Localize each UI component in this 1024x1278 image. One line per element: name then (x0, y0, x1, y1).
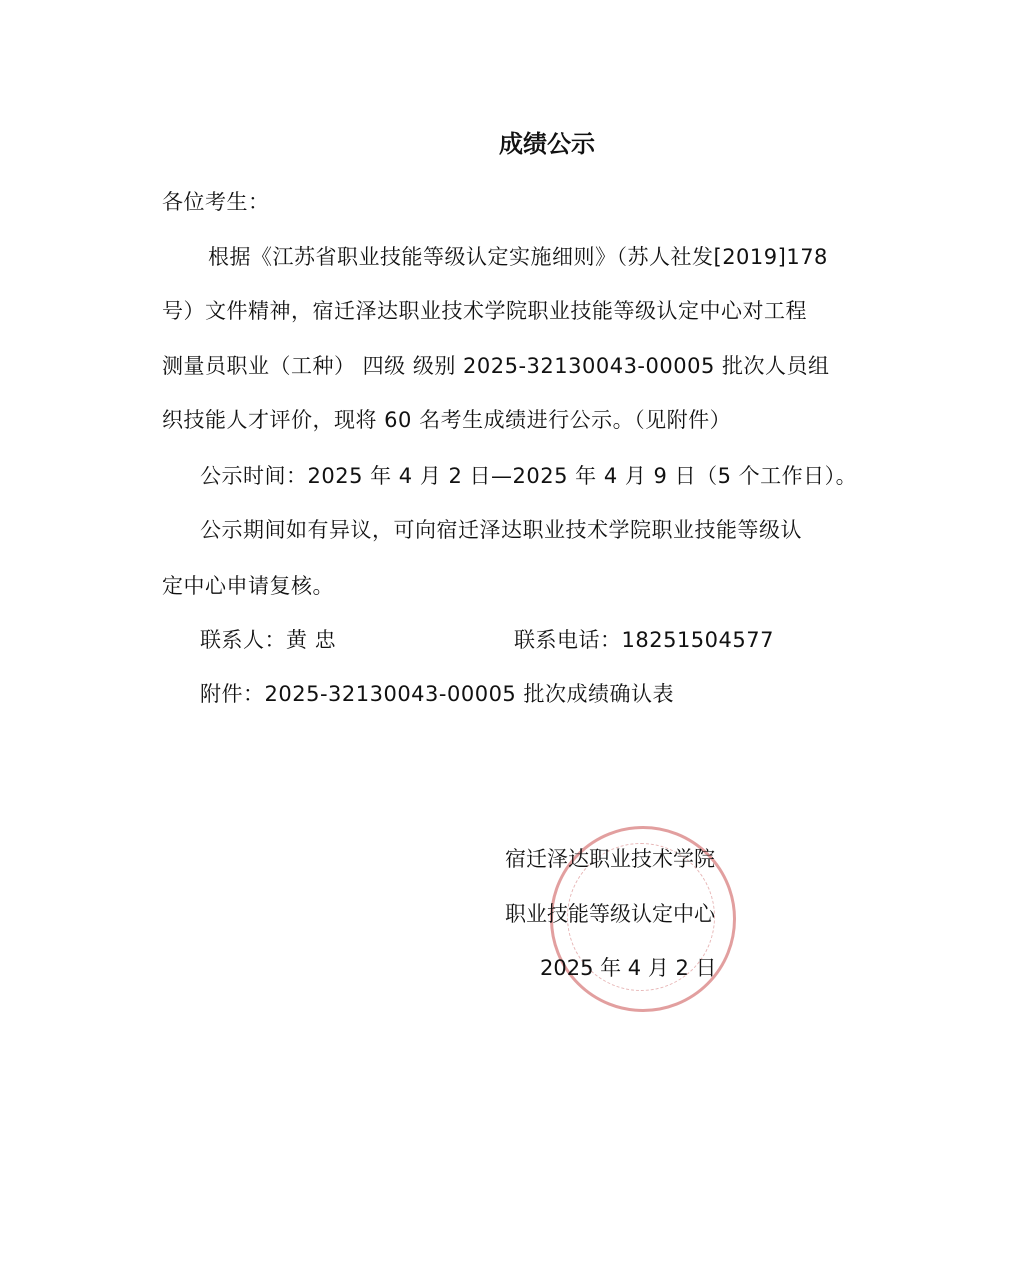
paragraph-line: 织技能人才评价，现将 60 名考生成绩进行公示。（见附件） (162, 404, 731, 434)
attachment-reference: 附件：2025-32130043-00005 批次成绩确认表 (200, 678, 674, 708)
signature-org-line1: 宿迁泽达职业技术学院 (505, 843, 715, 873)
page-title: 成绩公示 (0, 124, 1024, 159)
objection-line: 公示期间如有异议，可向宿迁泽达职业技术学院职业技能等级认 (200, 514, 802, 544)
contact-phone: 联系电话：18251504577 (514, 624, 774, 654)
signature-date: 2025 年 4 月 2 日 (540, 952, 717, 982)
objection-line: 定中心申请复核。 (162, 570, 334, 600)
signature-org-line2: 职业技能等级认定中心 (505, 898, 715, 928)
salutation: 各位考生： (162, 186, 270, 216)
paragraph-line: 测量员职业（工种） 四级 级别 2025-32130043-00005 批次人员… (162, 350, 830, 380)
announcement-period: 公示时间：2025 年 4 月 2 日—2025 年 4 月 9 日（5 个工作… (200, 460, 857, 490)
paragraph-line: 根据《江苏省职业技能等级认定实施细则》（苏人社发[2019]178 (208, 241, 828, 271)
paragraph-line: 号）文件精神，宿迁泽达职业技术学院职业技能等级认定中心对工程 (162, 295, 807, 325)
contact-person: 联系人：黄 忠 (200, 624, 336, 654)
